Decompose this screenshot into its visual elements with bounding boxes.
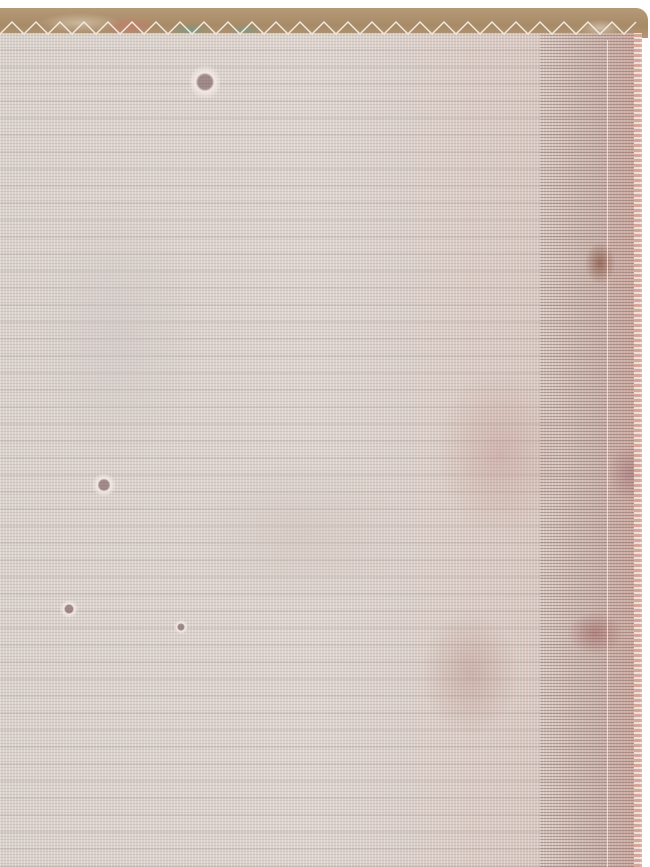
zigzag-stitching [0, 20, 640, 36]
worn-hole [60, 600, 78, 618]
rug-selvedge [634, 33, 642, 867]
border-divider-line [607, 40, 608, 867]
worn-hole [174, 620, 188, 634]
rug-border [540, 33, 640, 867]
rug-photo [0, 0, 650, 867]
worn-hole [92, 474, 116, 496]
worn-hole [190, 64, 220, 100]
